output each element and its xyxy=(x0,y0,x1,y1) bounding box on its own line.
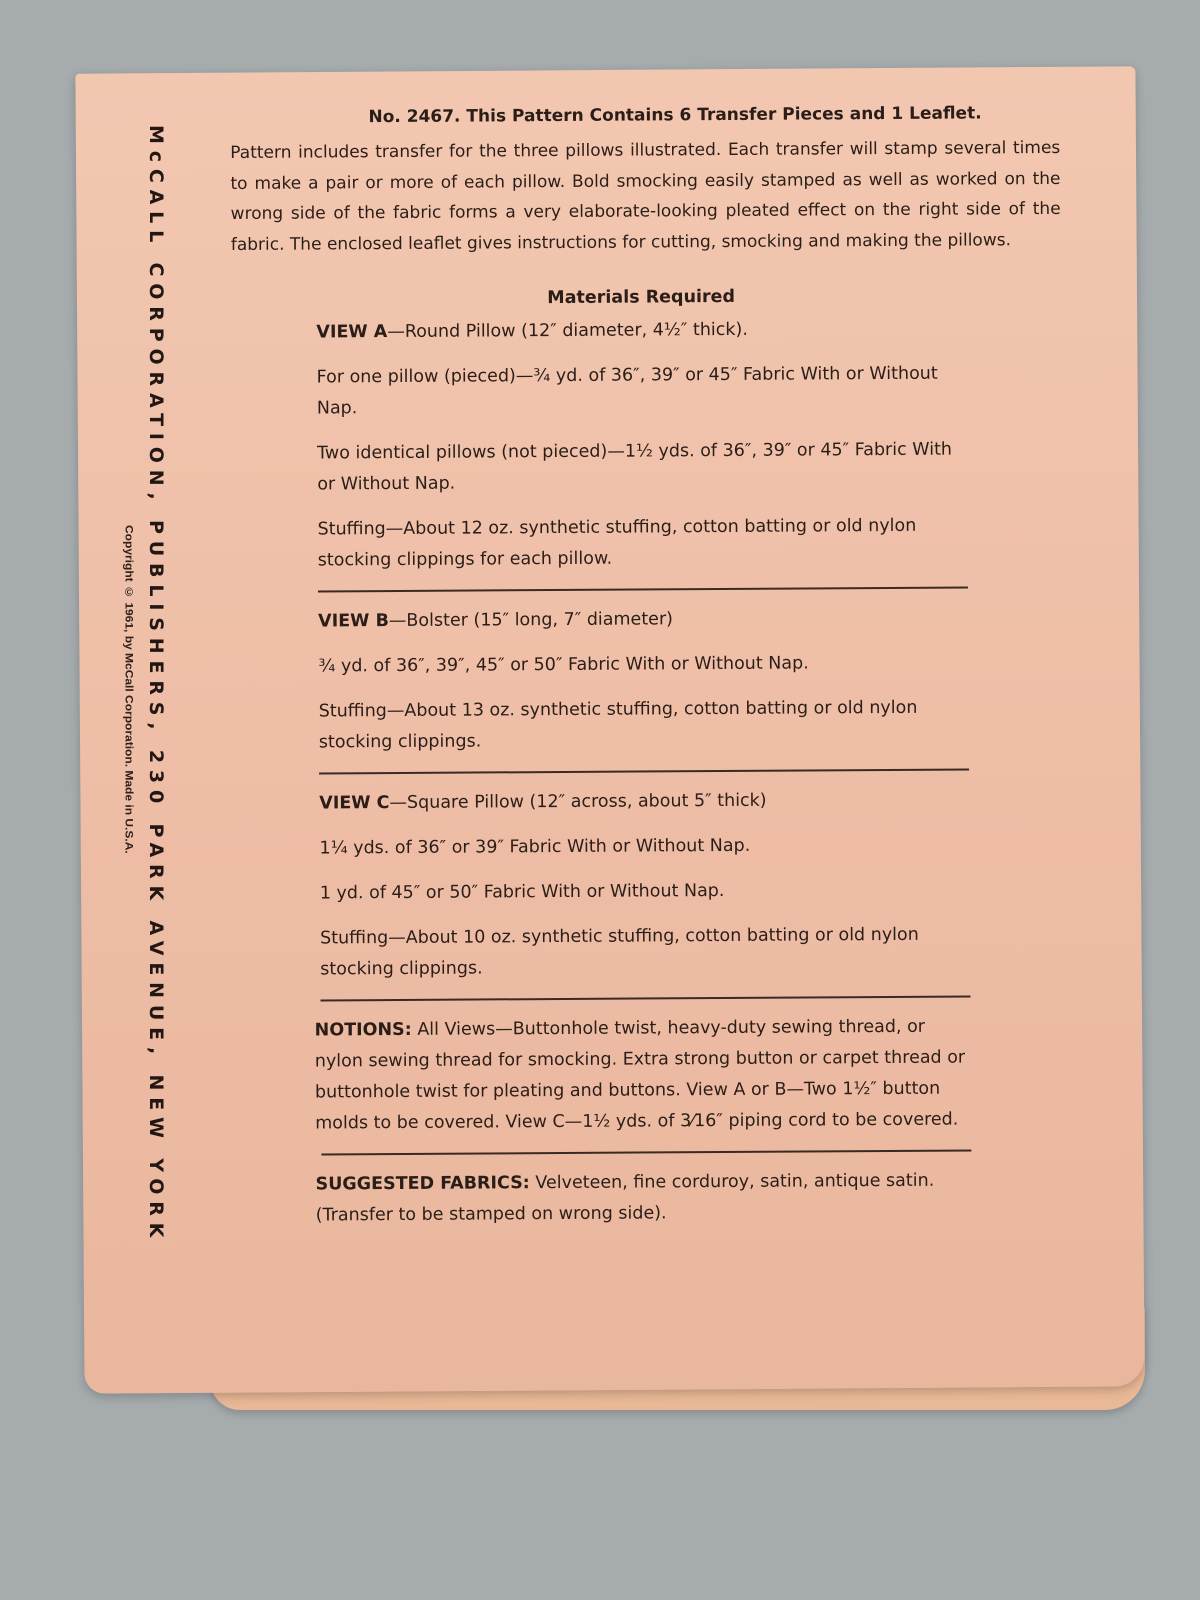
pattern-heading: No. 2467. This Pattern Contains 6 Transf… xyxy=(230,103,1060,128)
divider xyxy=(321,1149,971,1155)
view-b-label: VIEW B xyxy=(318,611,389,631)
view-b-section: VIEW B—Bolster (15″ long, 7″ diameter) ¾… xyxy=(318,603,969,759)
notions-text: All Views—Buttonhole twist, heavy-duty s… xyxy=(315,1017,965,1134)
notions-label: NOTIONS: xyxy=(315,1020,412,1041)
view-c-line: Stuffing—About 10 oz. synthetic stuffing… xyxy=(320,919,970,985)
view-a-header: VIEW A—Round Pillow (12″ diameter, 4½″ t… xyxy=(316,314,966,349)
fabrics-label: SUGGESTED FABRICS: xyxy=(316,1173,530,1194)
view-a-line: For one pillow (pieced)—¾ yd. of 36″, 39… xyxy=(317,359,967,425)
view-a-line: Stuffing—About 12 oz. synthetic stuffing… xyxy=(317,511,967,577)
view-c-header: VIEW C—Square Pillow (12″ across, about … xyxy=(319,784,969,819)
fabrics-section: SUGGESTED FABRICS: Velveteen, fine cordu… xyxy=(315,1165,977,1231)
intro-paragraph: Pattern includes transfer for the three … xyxy=(230,133,1061,260)
materials-section: Materials Required VIEW A—Round Pillow (… xyxy=(316,286,972,1232)
view-c-section: VIEW C—Square Pillow (12″ across, about … xyxy=(319,784,970,985)
view-c-line: 1¼ yds. of 36″ or 39″ Fabric With or Wit… xyxy=(319,829,969,864)
view-c-label: VIEW C xyxy=(319,793,389,813)
fabrics-paragraph: SUGGESTED FABRICS: Velveteen, fine cordu… xyxy=(315,1165,977,1231)
view-c-desc: —Square Pillow (12″ across, about 5″ thi… xyxy=(389,791,766,813)
envelope-content: No. 2467. This Pattern Contains 6 Transf… xyxy=(230,103,1067,1246)
materials-title: Materials Required xyxy=(316,286,966,310)
view-c-line: 1 yd. of 45″ or 50″ Fabric With or Witho… xyxy=(320,874,970,909)
view-a-line: Two identical pillows (not pieced)—1½ yd… xyxy=(317,435,967,501)
view-b-header: VIEW B—Bolster (15″ long, 7″ diameter) xyxy=(318,603,968,638)
view-b-line: Stuffing—About 13 oz. synthetic stuffing… xyxy=(319,692,969,758)
view-a-label: VIEW A xyxy=(316,322,387,342)
view-a-section: VIEW A—Round Pillow (12″ diameter, 4½″ t… xyxy=(316,314,968,577)
publisher-spine-text: McCALL CORPORATION, PUBLISHERS, 230 PARK… xyxy=(145,125,167,1244)
divider xyxy=(318,587,968,593)
notions-section: NOTIONS: All Views—Buttonhole twist, hea… xyxy=(315,1011,978,1139)
view-b-desc: —Bolster (15″ long, 7″ diameter) xyxy=(389,609,673,631)
copyright-text: Copyright © 1961, by McCall Corporation.… xyxy=(123,525,136,854)
view-b-line: ¾ yd. of 36″, 39″, 45″ or 50″ Fabric Wit… xyxy=(318,648,968,683)
divider xyxy=(320,995,970,1001)
view-a-desc: —Round Pillow (12″ diameter, 4½″ thick). xyxy=(387,320,748,342)
divider xyxy=(319,768,969,774)
notions-paragraph: NOTIONS: All Views—Buttonhole twist, hea… xyxy=(315,1011,978,1139)
